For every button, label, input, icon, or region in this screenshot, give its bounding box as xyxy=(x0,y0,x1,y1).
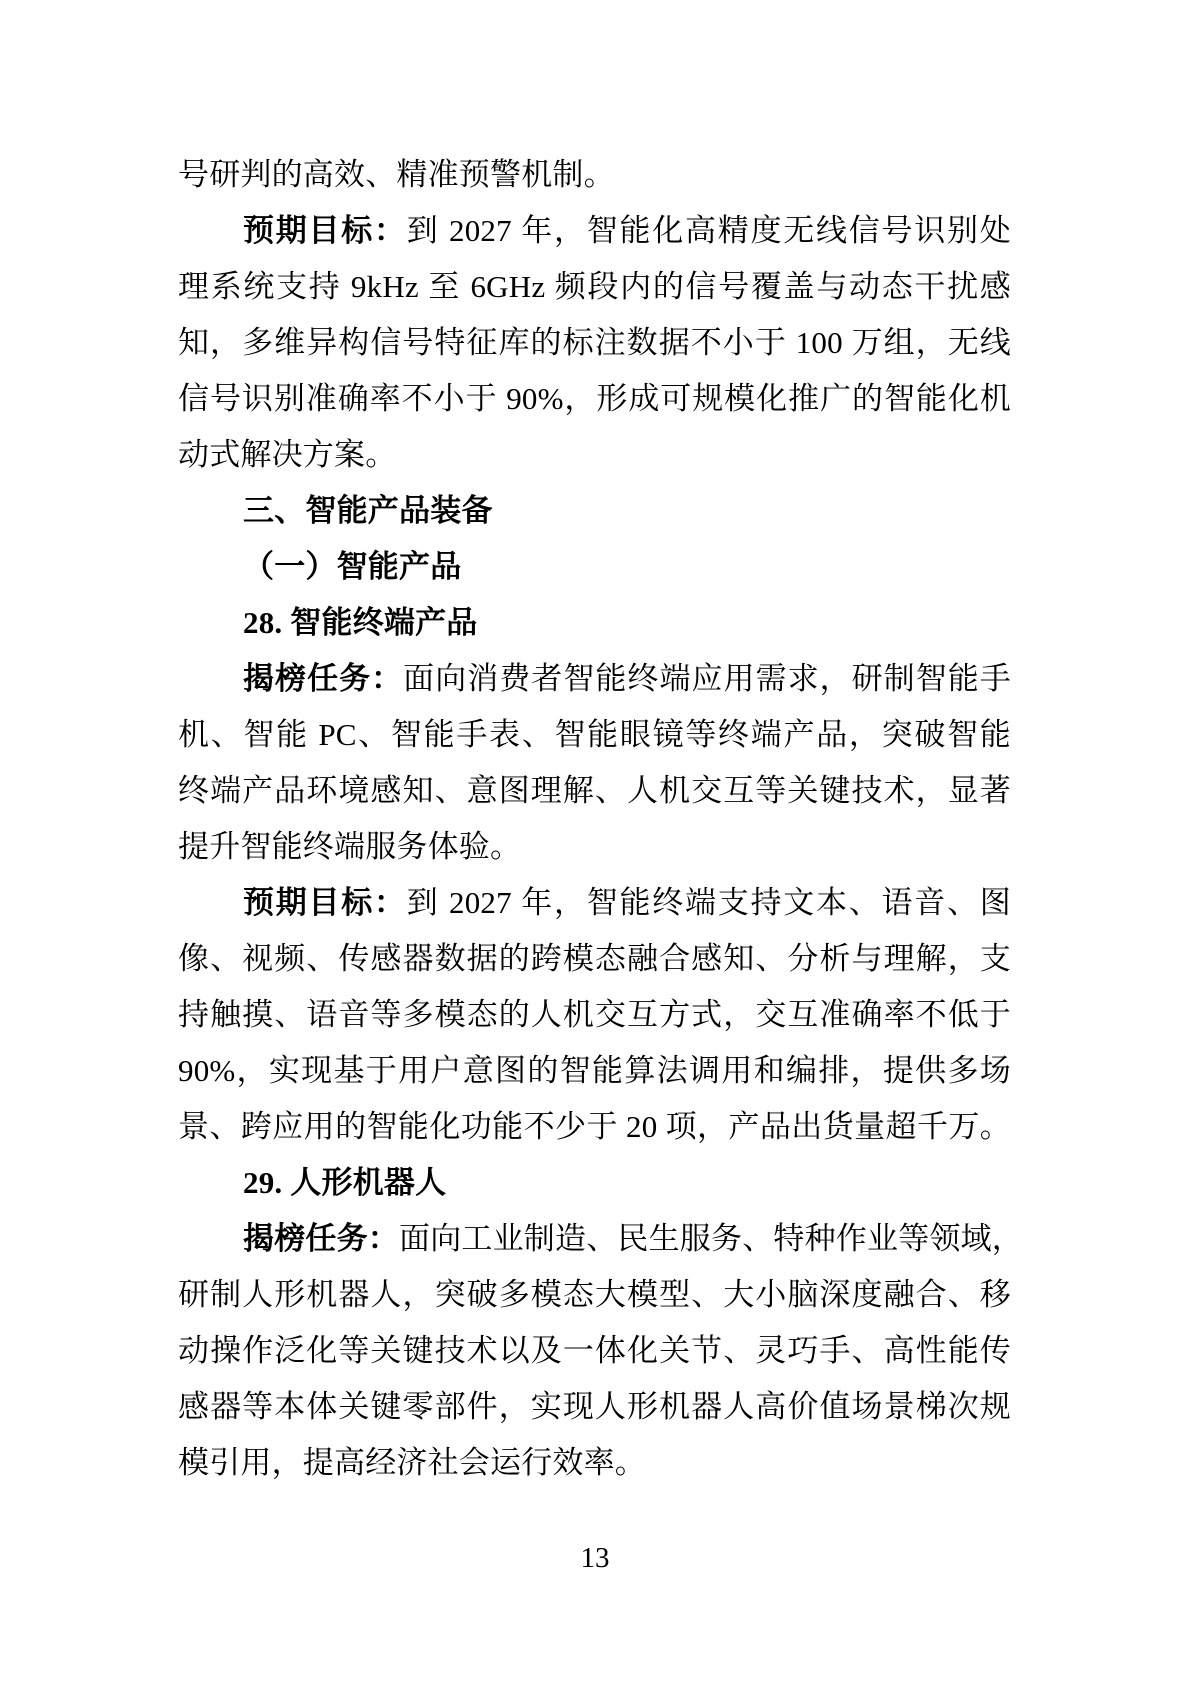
text-line: 号研判的高效、精准预警机制。 xyxy=(178,147,1011,203)
text-run: 知，多维异构信号特征库的标注数据不小于 100 万组，无线 xyxy=(178,325,1011,360)
para-task-28-smart-terminal: 揭榜任务：面向消费者智能终端应用需求，研制智能手机、智能 PC、智能手表、智能眼… xyxy=(178,651,1011,875)
text-run: 终端产品环境感知、意图理解、人机交互等关键技术，显著 xyxy=(178,773,1011,808)
text-run: 机、智能 PC、智能手表、智能眼镜等终端产品，突破智能 xyxy=(178,717,1011,752)
text-run: 面向消费者智能终端应用需求，研制智能手 xyxy=(403,661,1011,696)
bold-run-in-label: 预期目标： xyxy=(243,213,407,248)
text-line: （一）智能产品 xyxy=(178,539,1011,595)
document-page: 号研判的高效、精准预警机制。预期目标：到 2027 年，智能化高精度无线信号识别… xyxy=(0,0,1190,1683)
text-run: 研制人形机器人，突破多模态大模型、大小脑深度融合、移 xyxy=(178,1277,1011,1312)
para-expected-goal-wireless: 预期目标：到 2027 年，智能化高精度无线信号识别处理系统支持 9kHz 至 … xyxy=(178,203,1011,483)
text-run: 90%，实现基于用户意图的智能算法调用和编排，提供多场 xyxy=(178,1053,1011,1088)
text-run: 面向工业制造、民生服务、特种作业等领域， xyxy=(399,1221,1023,1256)
text-line: 理系统支持 9kHz 至 6GHz 频段内的信号覆盖与动态干扰感 xyxy=(178,259,1011,315)
text-line: 预期目标：到 2027 年，智能化高精度无线信号识别处 xyxy=(178,203,1011,259)
text-run: 信号识别准确率不小于 90%，形成可规模化推广的智能化机 xyxy=(178,381,1011,416)
text-line: 模引用，提高经济社会运行效率。 xyxy=(178,1435,1011,1491)
text-run: 号研判的高效、精准预警机制。 xyxy=(178,157,615,192)
text-run: 提升智能终端服务体验。 xyxy=(178,829,521,864)
text-line: 像、视频、传感器数据的跨模态融合感知、分析与理解，支 xyxy=(178,931,1011,987)
text-line: 提升智能终端服务体验。 xyxy=(178,819,1011,875)
text-run: 到 2027 年，智能化高精度无线信号识别处 xyxy=(407,213,1011,248)
text-line: 90%，实现基于用户意图的智能算法调用和编排，提供多场 xyxy=(178,1043,1011,1099)
heading-section-3-smart-products-equipment: 三、智能产品装备 xyxy=(178,483,1011,539)
document-body: 号研判的高效、精准预警机制。预期目标：到 2027 年，智能化高精度无线信号识别… xyxy=(178,147,1011,1491)
page-number: 13 xyxy=(0,1538,1190,1578)
text-run: 动式解决方案。 xyxy=(178,437,396,472)
text-run: 动操作泛化等关键技术以及一体化关节、灵巧手、高性能传 xyxy=(178,1333,1011,1368)
text-line: 29. 人形机器人 xyxy=(178,1155,1011,1211)
bold-run-in-label: （一）智能产品 xyxy=(243,549,461,584)
text-line: 三、智能产品装备 xyxy=(178,483,1011,539)
text-line: 感器等本体关键零部件，实现人形机器人高价值场景梯次规 xyxy=(178,1379,1011,1435)
bold-run-in-label: 28. 智能终端产品 xyxy=(243,605,478,640)
text-run: 像、视频、传感器数据的跨模态融合感知、分析与理解，支 xyxy=(178,941,1011,976)
text-line: 终端产品环境感知、意图理解、人机交互等关键技术，显著 xyxy=(178,763,1011,819)
text-line: 研制人形机器人，突破多模态大模型、大小脑深度融合、移 xyxy=(178,1267,1011,1323)
text-line: 28. 智能终端产品 xyxy=(178,595,1011,651)
bold-run-in-label: 三、智能产品装备 xyxy=(243,493,493,528)
text-line: 信号识别准确率不小于 90%，形成可规模化推广的智能化机 xyxy=(178,371,1011,427)
text-run: 理系统支持 9kHz 至 6GHz 频段内的信号覆盖与动态干扰感 xyxy=(178,269,1011,304)
text-run: 感器等本体关键零部件，实现人形机器人高价值场景梯次规 xyxy=(178,1389,1011,1424)
text-line: 机、智能 PC、智能手表、智能眼镜等终端产品，突破智能 xyxy=(178,707,1011,763)
para-task-29-humanoid-robot: 揭榜任务：面向工业制造、民生服务、特种作业等领域，研制人形机器人，突破多模态大模… xyxy=(178,1211,1011,1491)
text-line: 揭榜任务：面向工业制造、民生服务、特种作业等领域， xyxy=(178,1211,1011,1267)
bold-run-in-label: 29. 人形机器人 xyxy=(243,1165,446,1200)
text-run: 持触摸、语音等多模态的人机交互方式，交互准确率不低于 xyxy=(178,997,1011,1032)
heading-subsection-1-smart-products: （一）智能产品 xyxy=(178,539,1011,595)
bold-run-in-label: 预期目标： xyxy=(243,885,407,920)
text-run: 模引用，提高经济社会运行效率。 xyxy=(178,1445,646,1480)
bold-run-in-label: 揭榜任务： xyxy=(243,661,403,696)
bold-run-in-label: 揭榜任务： xyxy=(243,1221,399,1256)
text-run: 到 2027 年，智能终端支持文本、语音、图 xyxy=(407,885,1011,920)
text-line: 景、跨应用的智能化功能不少于 20 项，产品出货量超千万。 xyxy=(178,1099,1011,1155)
text-line: 知，多维异构信号特征库的标注数据不小于 100 万组，无线 xyxy=(178,315,1011,371)
para-signal-warning-end: 号研判的高效、精准预警机制。 xyxy=(178,147,1011,203)
text-run: 景、跨应用的智能化功能不少于 20 项，产品出货量超千万。 xyxy=(178,1109,1011,1144)
para-expected-goal-28-smart-terminal: 预期目标：到 2027 年，智能终端支持文本、语音、图像、视频、传感器数据的跨模… xyxy=(178,875,1011,1155)
heading-item-28-smart-terminal-products: 28. 智能终端产品 xyxy=(178,595,1011,651)
heading-item-29-humanoid-robot: 29. 人形机器人 xyxy=(178,1155,1011,1211)
text-line: 预期目标：到 2027 年，智能终端支持文本、语音、图 xyxy=(178,875,1011,931)
text-line: 持触摸、语音等多模态的人机交互方式，交互准确率不低于 xyxy=(178,987,1011,1043)
text-line: 动操作泛化等关键技术以及一体化关节、灵巧手、高性能传 xyxy=(178,1323,1011,1379)
text-line: 揭榜任务：面向消费者智能终端应用需求，研制智能手 xyxy=(178,651,1011,707)
text-line: 动式解决方案。 xyxy=(178,427,1011,483)
